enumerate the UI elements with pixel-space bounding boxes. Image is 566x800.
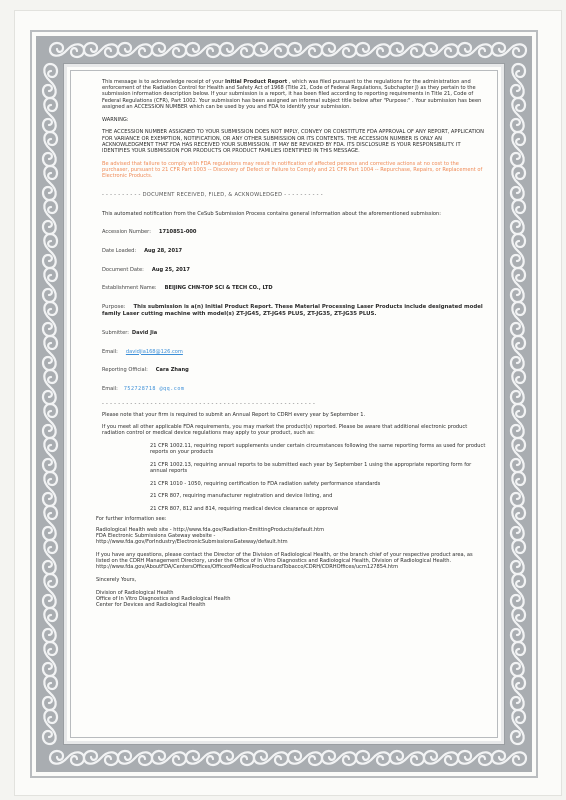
received-divider: - - - - - - - - - - DOCUMENT RECEIVED, F…: [102, 192, 486, 198]
closing: Sincerely Yours,: [96, 577, 486, 583]
purpose-field: Purpose:This submission is a(n) Initial …: [102, 304, 486, 317]
advisory-notice: Be advised that failure to comply with F…: [102, 161, 486, 180]
questions-paragraph: If you have any questions, please contac…: [96, 552, 486, 564]
official-email-link[interactable]: 752728718 @qq.com: [124, 386, 185, 392]
document-date-field: Document Date:Aug 25, 2017: [102, 267, 486, 273]
warning-heading: WARNING:: [102, 117, 486, 123]
date-loaded-field: Date Loaded:Aug 28, 2017: [102, 248, 486, 254]
report-type: Initial Product Report: [225, 79, 287, 85]
warning-body: THE ACCESSION NUMBER ASSIGNED TO YOUR SU…: [102, 129, 486, 154]
regulation-item: 21 CFR 1002.11, requiring report supplem…: [150, 443, 486, 455]
section-divider: - - - - - - - - - - - - - - - - - - - - …: [102, 401, 486, 407]
accession-number-field: Accession Number:1710851-000: [102, 229, 486, 235]
submitter-email-link[interactable]: davidjia168@126.com: [126, 349, 183, 355]
regulation-item: 21 CFR 807, 812 and 814, requiring medic…: [150, 506, 486, 512]
regulation-item: 21 CFR 1002.13, requiring annual reports…: [150, 462, 486, 474]
market-note: If you meet all other applicable FDA req…: [102, 424, 486, 436]
regulation-item: 21 CFR 807, requiring manufacturer regis…: [150, 493, 486, 499]
official-email-field: Email:752728718 @qq.com: [102, 386, 486, 392]
esg-link[interactable]: http://www.fda.gov/ForIndustry/Electroni…: [96, 539, 486, 545]
intro-paragraph: This message is to acknowledge receipt o…: [102, 79, 486, 110]
submitter-email-field: Email:davidjia168@126.com: [102, 349, 486, 355]
further-info-heading: For further information see:: [96, 516, 486, 522]
regulation-list: 21 CFR 1002.11, requiring report supplem…: [102, 443, 486, 513]
establishment-name-field: Establishment Name:BEIJING CHN-TOP SCI &…: [102, 285, 486, 291]
submitter-field: Submitter:David Jia: [102, 330, 486, 336]
signature-line: Center for Devices and Radiological Heal…: [96, 602, 486, 608]
regulation-item: 21 CFR 1010 - 1050, requiring certificat…: [150, 481, 486, 487]
notification-text: This automated notification from the CeS…: [102, 211, 486, 217]
acknowledgment-letter: This message is to acknowledge receipt o…: [102, 79, 486, 608]
annual-report-note: Please note that your firm is required t…: [102, 412, 486, 418]
reporting-official-field: Reporting Official:Cara Zhang: [102, 367, 486, 373]
accession-number: 1710851-000: [159, 229, 197, 235]
cdrh-offices-link[interactable]: http://www.fda.gov/AboutFDA/CentersOffic…: [96, 564, 486, 570]
